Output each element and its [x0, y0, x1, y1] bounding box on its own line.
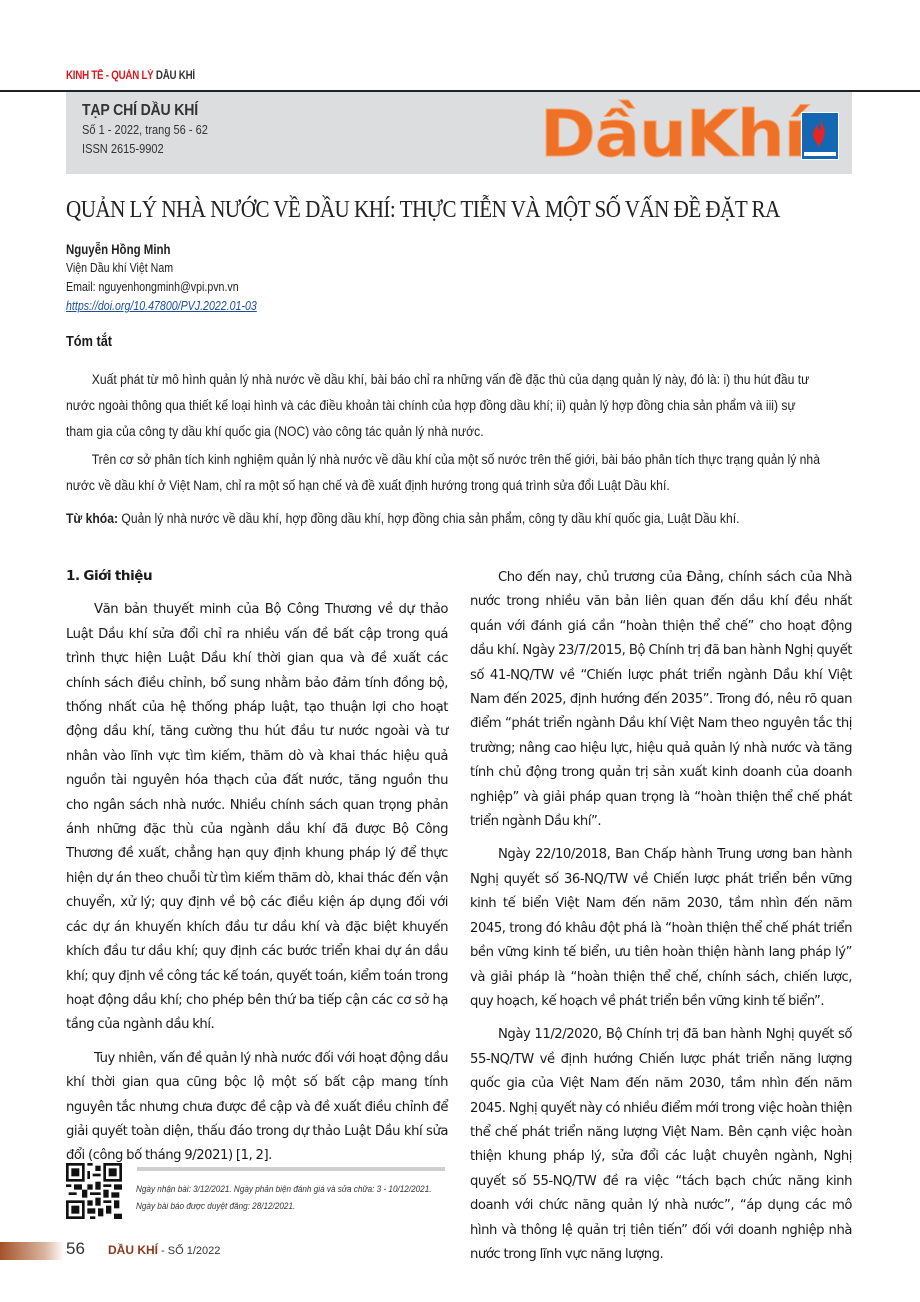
journal-info: TẠP CHÍ DẦU KHÍ Số 1 - 2022, trang 56 - …	[82, 101, 230, 158]
section-heading: 1. Giới thiệu	[66, 564, 448, 588]
keywords: Từ khóa: Quản lý nhà nước về dầu khí, hợ…	[66, 506, 854, 532]
author-email: Email: nguyenhongminh@vpi.pvn.vn	[66, 278, 257, 297]
abstract-paragraph-2: Trên cơ sở phân tích kinh nghiệm quản lý…	[66, 447, 854, 499]
journal-name: TẠP CHÍ DẦU KHÍ	[82, 101, 212, 120]
body-paragraph: Ngày 11/2/2020, Bộ Chính trị đã ban hành…	[470, 1023, 852, 1267]
abstract-heading: Tóm tắt	[66, 333, 112, 350]
journal-logo: DầuKhí	[540, 101, 793, 169]
abstract-paragraph-1: Xuất phát từ mô hình quản lý nhà nước về…	[66, 367, 854, 445]
body-column-right: Cho đến nay, chủ trương của Đảng, chính …	[470, 566, 852, 1276]
footer-brand: DẦU KHÍ	[108, 1243, 158, 1257]
section-tag-topic: DẦU KHÍ	[156, 70, 195, 82]
body-paragraph: Tuy nhiên, vấn đề quản lý nhà nước đối v…	[66, 1047, 448, 1169]
keywords-list: Quản lý nhà nước về dầu khí, hợp đồng dầ…	[118, 511, 739, 527]
section-tag-category: KINH TẾ - QUẢN LÝ	[66, 70, 153, 82]
author-affiliation: Viện Dầu khí Việt Nam	[66, 259, 257, 278]
body-paragraph: Cho đến nay, chủ trương của Đảng, chính …	[470, 566, 852, 834]
body-paragraph: Ngày 22/10/2018, Ban Chấp hành Trung ươn…	[470, 843, 852, 1014]
author-block: Nguyễn Hồng Minh Viện Dầu khí Việt Nam E…	[66, 240, 290, 316]
body-column-left: 1. Giới thiệu Văn bản thuyết minh của Bộ…	[66, 564, 448, 1178]
doi-link[interactable]: https://doi.org/10.47800/PVJ.2022.01-03	[66, 297, 257, 316]
author-name: Nguyễn Hồng Minh	[66, 240, 257, 259]
issn: ISSN 2615-9902	[82, 139, 208, 158]
flame-icon	[811, 119, 827, 147]
body-paragraph: Văn bản thuyết minh của Bộ Công Thương v…	[66, 598, 448, 1037]
footer-issue: - SỐ 1/2022	[158, 1245, 220, 1257]
issue-line: Số 1 - 2022, trang 56 - 62	[82, 120, 208, 139]
footer-journal-issue: DẦU KHÍ - SỐ 1/2022	[108, 1243, 220, 1257]
received-date-note: Ngày nhận bài: 3/12/2021. Ngày phản biện…	[136, 1181, 432, 1198]
flame-logo-icon	[801, 112, 839, 160]
section-tag: KINH TẾ - QUẢN LÝ DẦU KHÍ	[66, 70, 195, 82]
accepted-date-note: Ngày bài báo được duyệt đăng: 28/12/2021…	[136, 1198, 432, 1215]
qr-code-icon[interactable]	[66, 1163, 122, 1219]
article-title: QUẢN LÝ NHÀ NƯỚC VỀ DẦU KHÍ: THỰC TIỄN V…	[66, 196, 780, 224]
page-number: 56	[66, 1239, 85, 1259]
logo-wordmark: DầuKhí	[540, 103, 806, 167]
notes-divider	[137, 1167, 445, 1171]
keywords-label: Từ khóa:	[66, 511, 118, 527]
submission-notes: Ngày nhận bài: 3/12/2021. Ngày phản biện…	[136, 1181, 432, 1215]
logo-base	[804, 152, 836, 156]
footer-accent-bar	[0, 1242, 64, 1260]
